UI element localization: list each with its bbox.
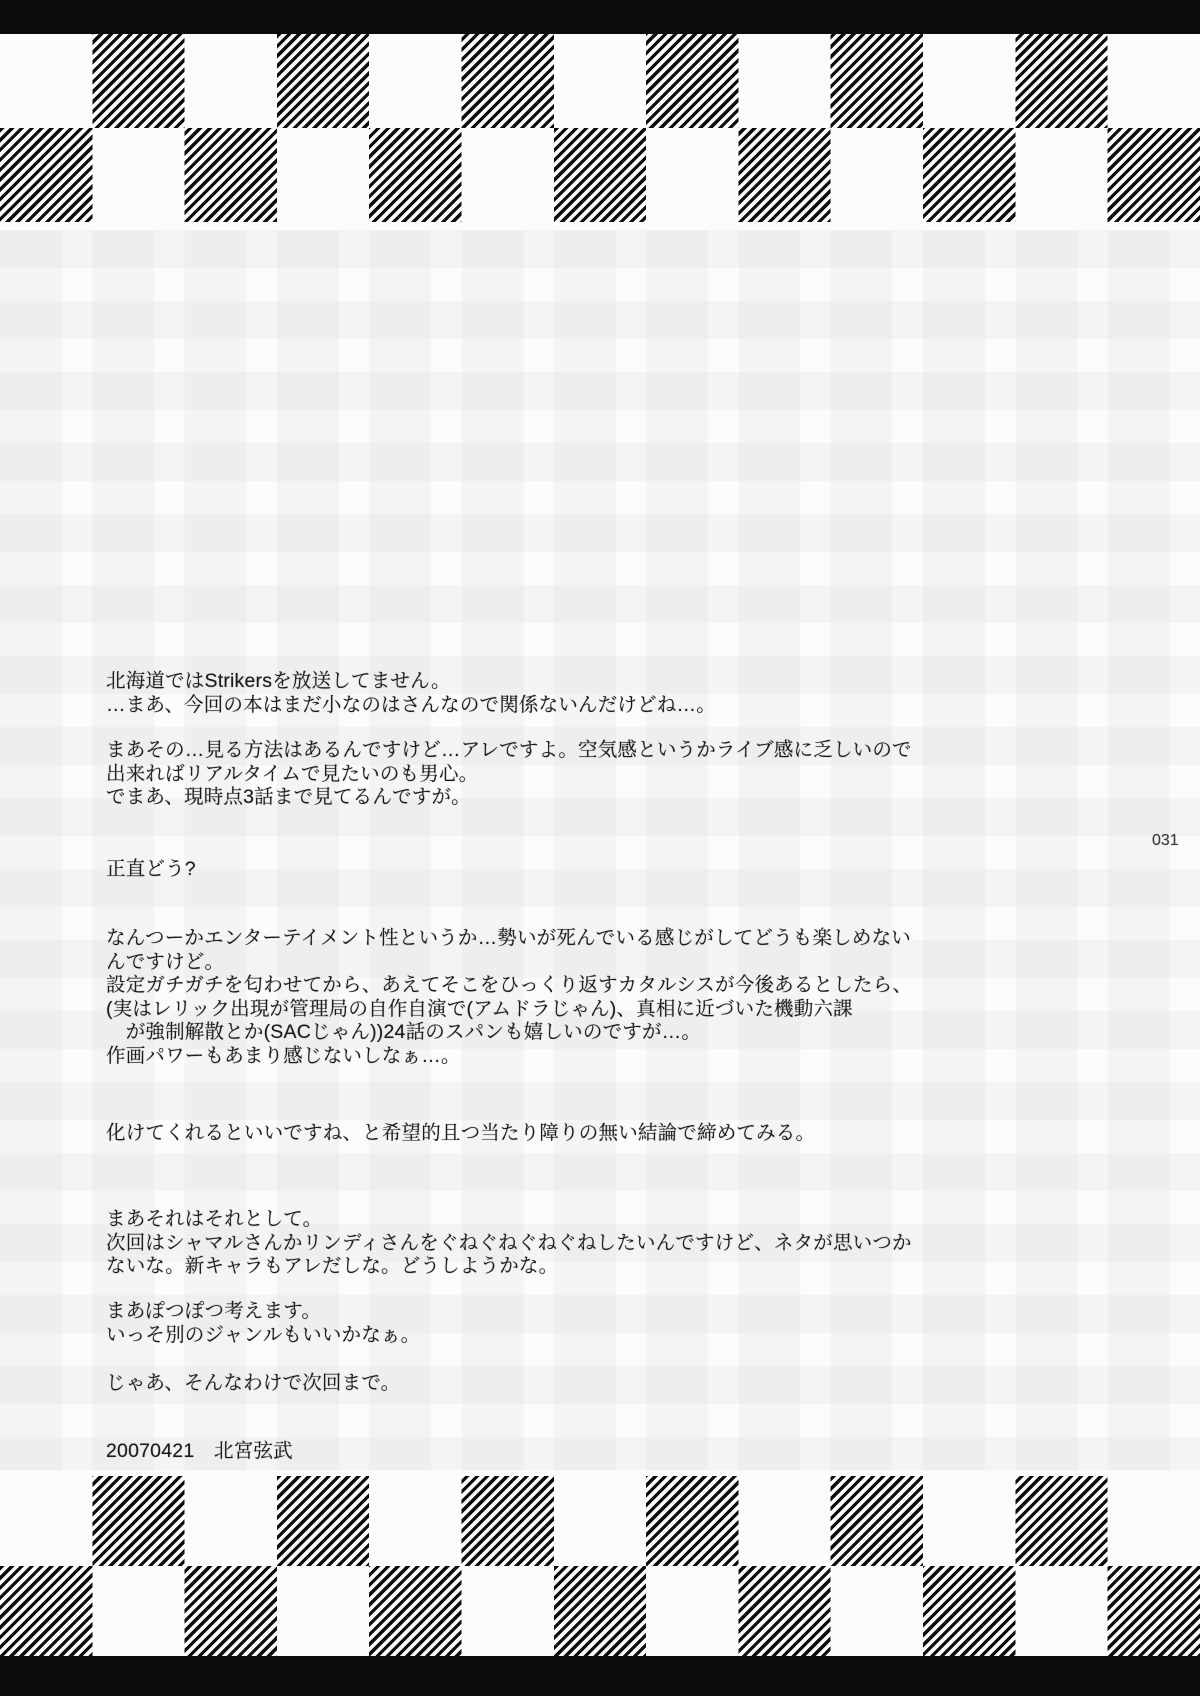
afterword-paragraph-conclusion: 化けてくれるといいですね、と希望的且つ当たり障りの無い結論で締めてみる。 xyxy=(106,1122,815,1146)
bottom-checker-row-2 xyxy=(0,1566,1200,1656)
scan-bleedthrough-texture xyxy=(0,230,1200,1470)
signature-date-author: 20070421 北宮弦武 xyxy=(106,1440,293,1464)
afterword-paragraph-impression: なんつーかエンターテイメント性というか…勢いが死んでいる感じがしてどうも楽しめな… xyxy=(106,927,912,1068)
bottom-black-bar xyxy=(0,1656,1200,1696)
afterword-paragraph-consider: まあぽつぽつ考えます。 いっそ別のジャンルもいいかなぁ。 xyxy=(106,1300,420,1347)
page-number: 031 xyxy=(1152,831,1179,851)
top-checker-row-1 xyxy=(0,34,1200,128)
top-checker-row-2 xyxy=(0,128,1200,222)
afterword-paragraph-farewell: じゃあ、そんなわけで次回まで。 xyxy=(106,1372,400,1396)
afterword-paragraph-viewing-method: まあその…見る方法はあるんですけど…アレですよ。空気感というかライブ感に乏しいの… xyxy=(106,739,912,810)
afterword-paragraph-broadcast: 北海道ではStrikersを放送してません。 …まあ、今回の本はまだ小なのはさん… xyxy=(106,670,716,717)
afterword-paragraph-next-plan: まあそれはそれとして。 次回はシャマルさんかリンディさんをぐねぐねぐねぐねしたい… xyxy=(106,1208,912,1279)
scanned-doujin-afterword-page: 北海道ではStrikersを放送してません。 …まあ、今回の本はまだ小なのはさん… xyxy=(0,0,1200,1696)
afterword-paragraph-question: 正直どう? xyxy=(106,858,196,882)
top-black-bar xyxy=(0,0,1200,34)
bottom-checker-row-1 xyxy=(0,1476,1200,1566)
